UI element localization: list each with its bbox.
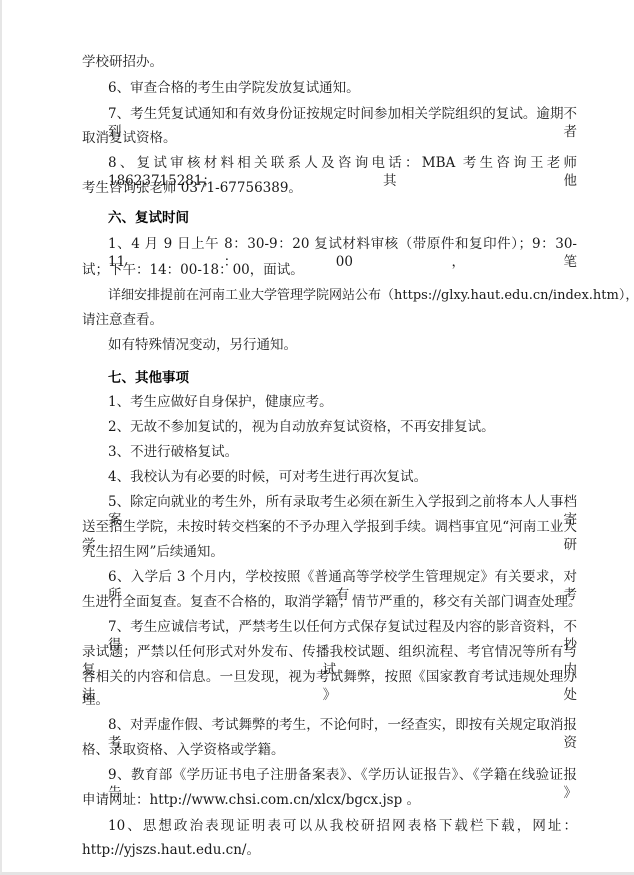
section-heading-other-matters: 七、其他事项 <box>108 369 189 387</box>
list-item-7-cont: 取消复试资格。 <box>82 129 177 147</box>
text-line: 学校研招办。 <box>82 53 163 71</box>
matters-item-7-cont: 容相关的内容和信息。一旦发现，视为考试舞弊，按照《国家教育考试违规处理办法》处 <box>82 668 577 704</box>
list-item-8-cont: 考生咨询张老师 0371-67756389。 <box>82 179 302 197</box>
matters-item-3: 3、不进行破格复试。 <box>108 443 238 461</box>
section-heading-schedule: 六、复试时间 <box>108 209 189 227</box>
schedule-paragraph-1-cont: 试；下午：14：00-18：00，面试。 <box>82 261 304 279</box>
matters-item-4: 4、我校认为有必要的时候，可对考生进行再次复试。 <box>108 468 427 486</box>
list-item-6: 6、审查合格的考生由学院发放复试通知。 <box>108 79 360 97</box>
matters-item-6-cont: 生进行全面复查。复查不合格的，取消学籍；情节严重的，移交有关部门调查处理。 <box>82 593 582 611</box>
matters-item-2: 2、无故不参加复试的，视为自动放弃复试资格，不再安排复试。 <box>108 418 495 436</box>
matters-item-7-cont: 理。 <box>82 691 109 709</box>
matters-item-1: 1、考生应做好自身保护，健康应考。 <box>108 393 333 411</box>
matters-item-9-url[interactable]: 申请网址：http://www.chsi.com.cn/xlcx/bgcx.js… <box>82 791 420 809</box>
matters-item-5-cont: 究生招生网”后续通知。 <box>82 543 224 561</box>
document-page: 学校研招办。 6、审查合格的考生由学院发放复试通知。 7、考生凭复试通知和有效身… <box>0 0 634 875</box>
schedule-paragraph-2: 详细安排提前在河南工业大学管理学院网站公布（https://glxy.haut.… <box>108 287 634 305</box>
matters-item-10-url[interactable]: http://yjszs.haut.edu.cn/。 <box>82 841 260 859</box>
matters-item-10: 10、思想政治表现证明表可以从我校研招网表格下载栏下载，网址： <box>108 817 577 835</box>
schedule-paragraph-3: 如有特殊情况变动，另行通知。 <box>108 336 297 354</box>
list-item-7: 7、考生凭复试通知和有效身份证按规定时间参加相关学院组织的复试。逾期不到者 <box>108 105 577 141</box>
matters-item-8-cont: 格、录取资格、入学资格或学籍。 <box>82 741 285 759</box>
schedule-paragraph-2-cont: 请注意查看。 <box>82 311 163 329</box>
